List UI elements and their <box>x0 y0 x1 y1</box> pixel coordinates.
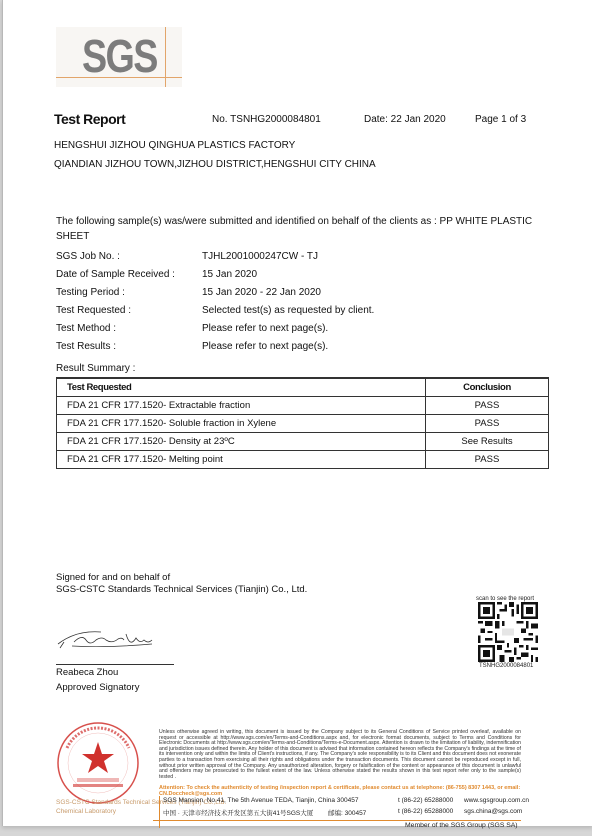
sgs-logo: SGS <box>56 27 182 87</box>
report-date: Date: 22 Jan 2020 <box>364 114 446 125</box>
logo-rule-horizontal <box>56 77 182 78</box>
qr-report-id: TSNHG2000084801 <box>479 663 533 669</box>
result-summary-label: Result Summary : <box>56 363 135 374</box>
signature-line <box>56 664 174 665</box>
company-seal-stamp <box>53 718 143 808</box>
sgs-logo-text: SGS <box>82 29 157 83</box>
signatory-role: Approved Signatory <box>56 682 139 693</box>
website-link[interactable]: www.sgsgroup.com.cn <box>464 797 529 804</box>
field-label-job-no: SGS Job No. : <box>56 251 120 262</box>
authenticity-notice: Attention: To check the authenticity of … <box>159 785 529 797</box>
signing-company: SGS-CSTC Standards Technical Services (T… <box>56 584 307 595</box>
table-row: FDA 21 CFR 177.1520- Density at 23ºC See… <box>57 433 549 451</box>
field-label-date-received: Date of Sample Received : <box>56 269 175 280</box>
field-value-date-received: 15 Jan 2020 <box>202 269 257 280</box>
column-header-conclusion: Conclusion <box>426 378 549 397</box>
address-english: SGS Mansion, No.41, The 5th Avenue TEDA,… <box>163 797 359 804</box>
qr-code-icon[interactable] <box>478 602 538 662</box>
field-value-job-no: TJHL2001000247CW - TJ <box>202 251 318 262</box>
intro-line-2: SHEET <box>56 231 89 242</box>
field-label-testing-period: Testing Period : <box>56 287 125 298</box>
footer-divider-vertical <box>159 796 160 828</box>
test-conclusion: See Results <box>426 433 549 451</box>
logo-rule-vertical <box>165 27 166 87</box>
client-name: HENGSHUI JIZHOU QINGHUA PLASTICS FACTORY <box>54 140 295 151</box>
table-header-row: Test Requested Conclusion <box>57 378 549 397</box>
field-label-test-results: Test Results : <box>56 341 116 352</box>
phone-1: t (86-22) 65288000 <box>398 797 453 804</box>
test-conclusion: PASS <box>426 415 549 433</box>
signed-on-behalf-label: Signed for and on behalf of <box>56 572 170 583</box>
email-link[interactable]: sgs.china@sgs.com <box>464 808 522 815</box>
test-name: FDA 21 CFR 177.1520- Density at 23ºC <box>57 433 426 451</box>
page-indicator: Page 1 of 3 <box>475 114 526 125</box>
phone-2: t (86-22) 65288000 <box>398 808 453 815</box>
test-conclusion: PASS <box>426 451 549 469</box>
field-value-test-results: Please refer to next page(s). <box>202 341 328 352</box>
table-row: FDA 21 CFR 177.1520- Melting point PASS <box>57 451 549 469</box>
address-chinese: 中国 · 天津市经济技术开发区第五大街41号SGS大厦 <box>163 808 313 817</box>
report-title: Test Report <box>54 111 125 127</box>
intro-line-1: The following sample(s) was/were submitt… <box>56 216 532 227</box>
handwritten-signature <box>56 620 166 660</box>
postcode-chinese: 邮编: 300457 <box>328 808 366 817</box>
footer-divider-horizontal <box>153 820 521 821</box>
field-label-test-method: Test Method : <box>56 323 116 334</box>
result-summary-table: Test Requested Conclusion FDA 21 CFR 177… <box>56 377 549 469</box>
table-row: FDA 21 CFR 177.1520- Soluble fraction in… <box>57 415 549 433</box>
table-row: FDA 21 CFR 177.1520- Extractable fractio… <box>57 397 549 415</box>
field-value-test-method: Please refer to next page(s). <box>202 323 328 334</box>
test-conclusion: PASS <box>426 397 549 415</box>
report-page: SGS Test Report No. TSNHG2000084801 Date… <box>2 0 592 826</box>
test-name: FDA 21 CFR 177.1520- Soluble fraction in… <box>57 415 426 433</box>
field-value-test-requested: Selected test(s) as requested by client. <box>202 305 374 316</box>
stamp-lab-text: Chemical Laboratory <box>56 808 116 815</box>
field-value-testing-period: 15 Jan 2020 - 22 Jan 2020 <box>202 287 321 298</box>
test-name: FDA 21 CFR 177.1520- Extractable fractio… <box>57 397 426 415</box>
signatory-name: Reabeca Zhou <box>56 667 118 678</box>
report-number: No. TSNHG2000084801 <box>212 114 321 125</box>
sgs-group-membership: Member of the SGS Group (SGS SA) <box>405 822 518 829</box>
column-header-test: Test Requested <box>57 378 426 397</box>
client-address: QIANDIAN JIZHOU TOWN,JIZHOU DISTRICT,HEN… <box>54 159 376 170</box>
test-name: FDA 21 CFR 177.1520- Melting point <box>57 451 426 469</box>
legal-disclaimer: Unless otherwise agreed in writing, this… <box>159 730 521 780</box>
field-label-test-requested: Test Requested : <box>56 305 131 316</box>
